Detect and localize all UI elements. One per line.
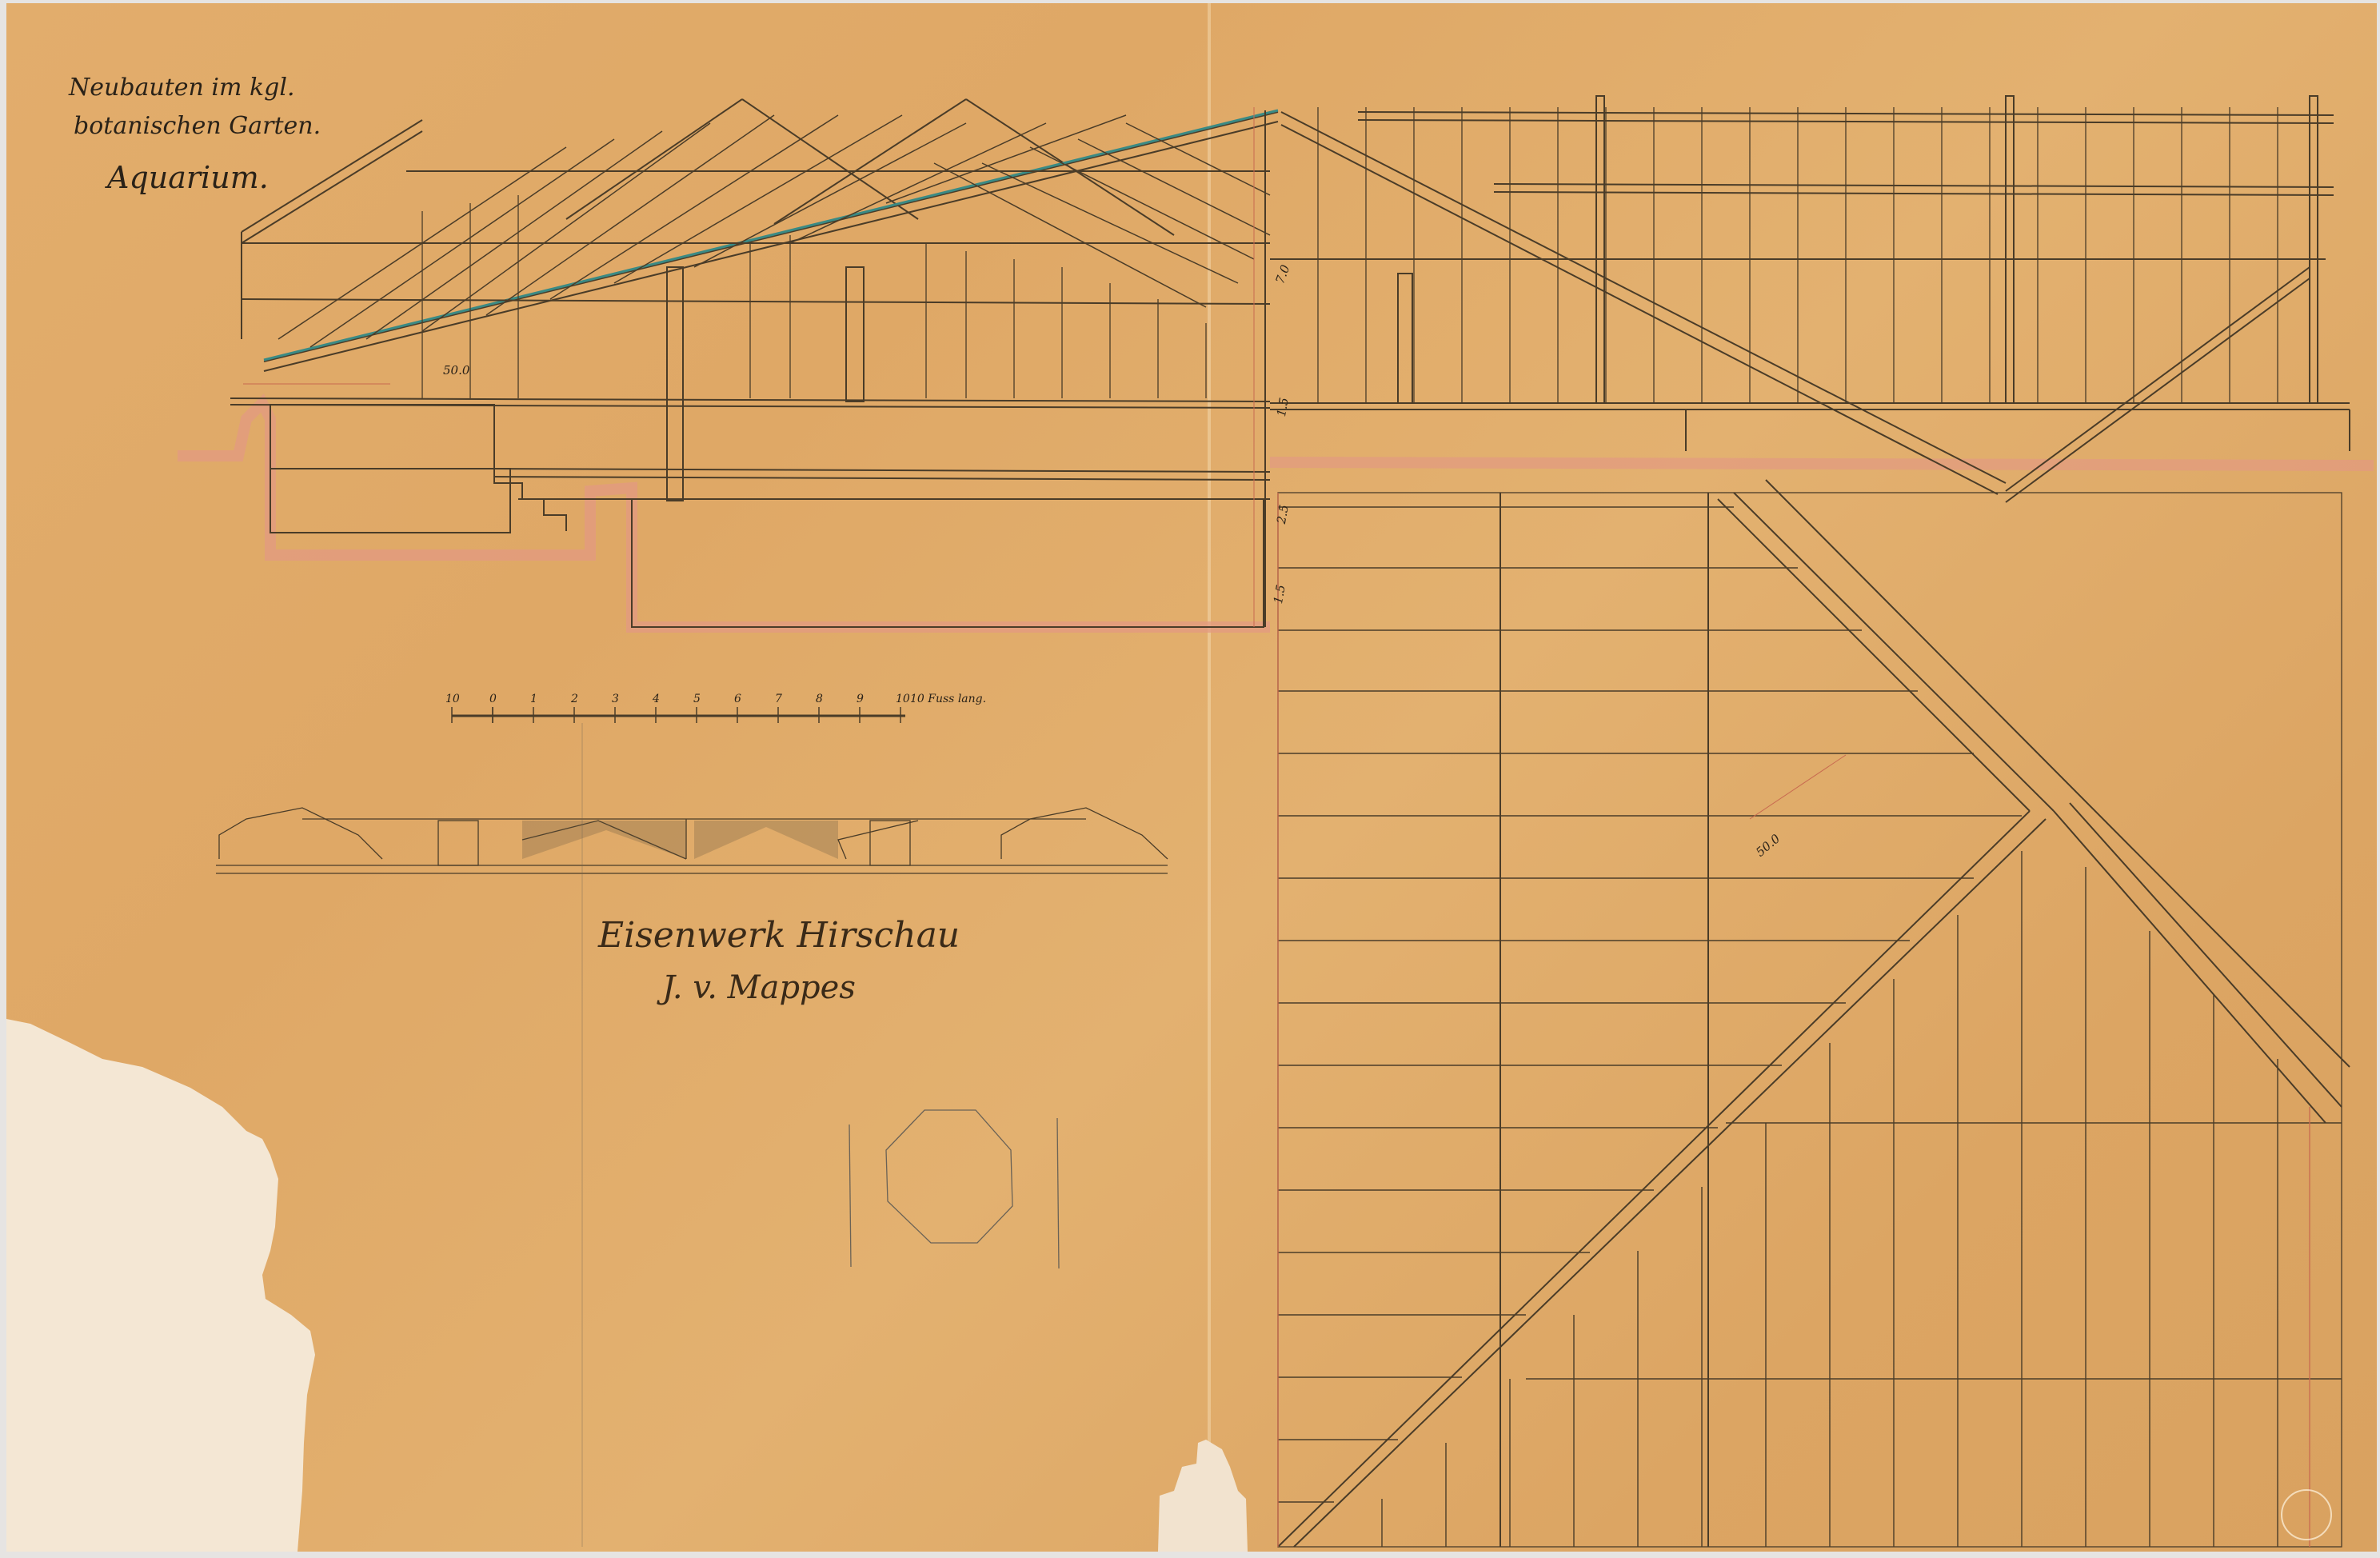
drawing-sheet: Neubauten im kgl. botanischen Garten. Aq… [6,3,2377,1552]
library-stamp [2281,1489,2332,1540]
torn-paper-areas [6,3,2377,1552]
